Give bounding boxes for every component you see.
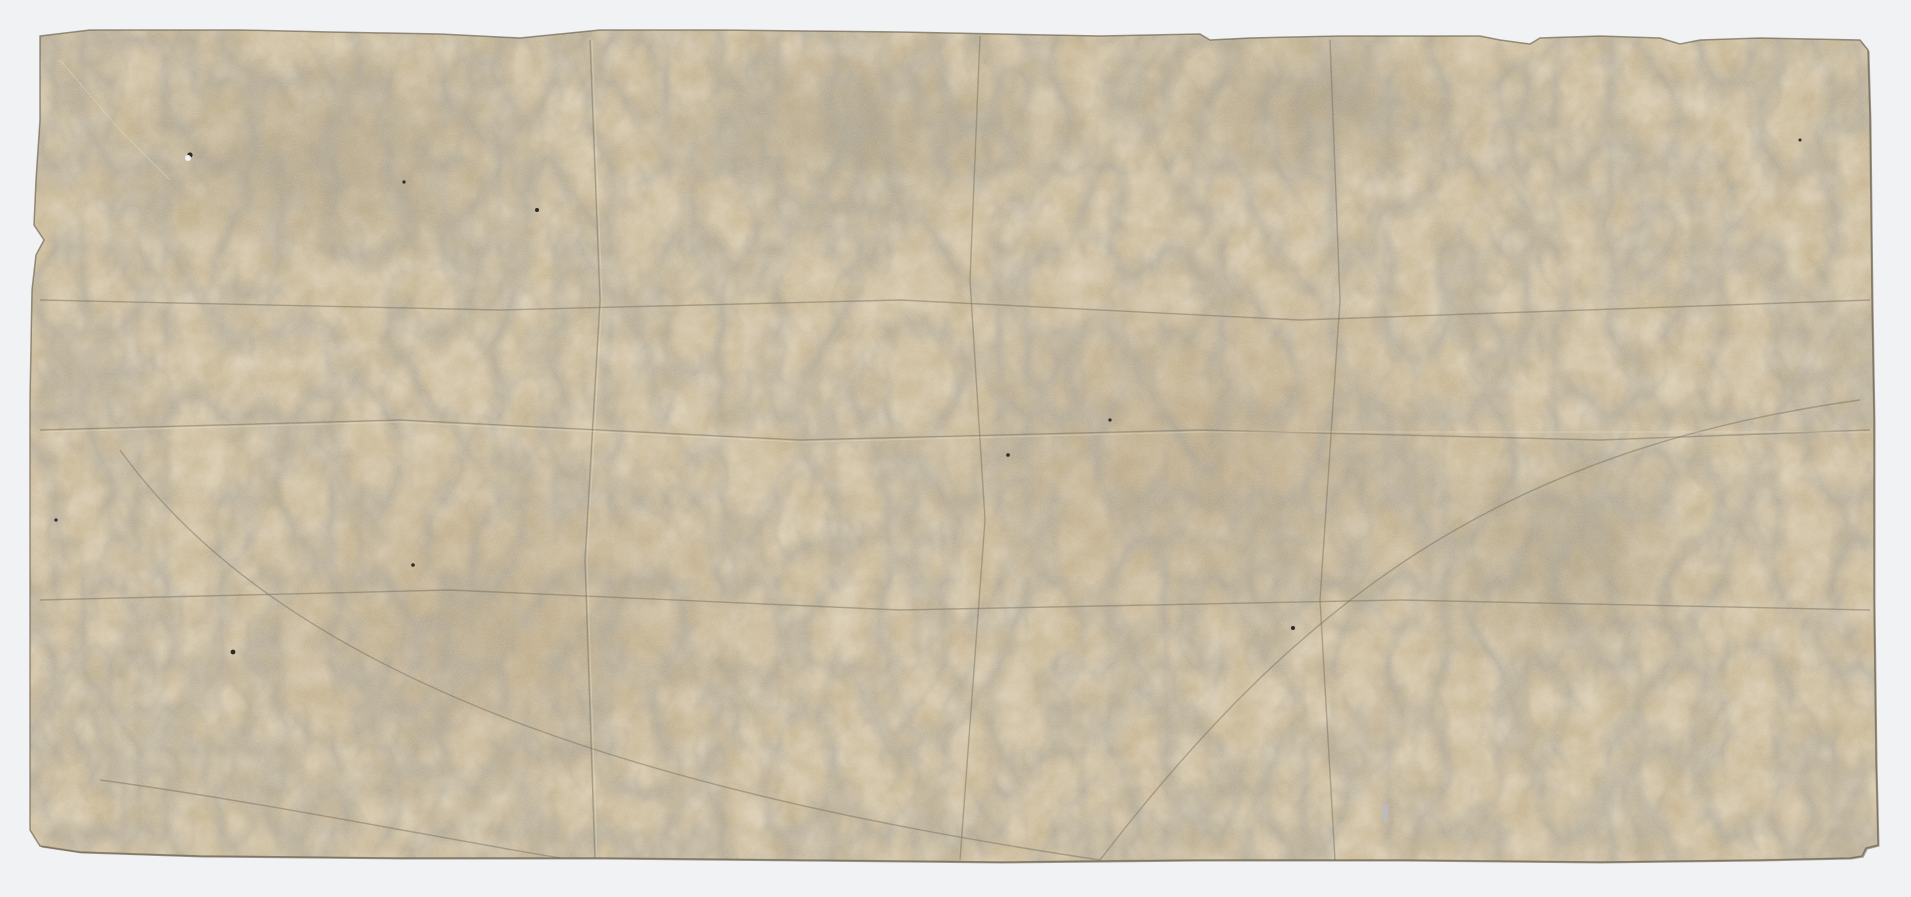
aged-paper-note xyxy=(0,0,1911,897)
